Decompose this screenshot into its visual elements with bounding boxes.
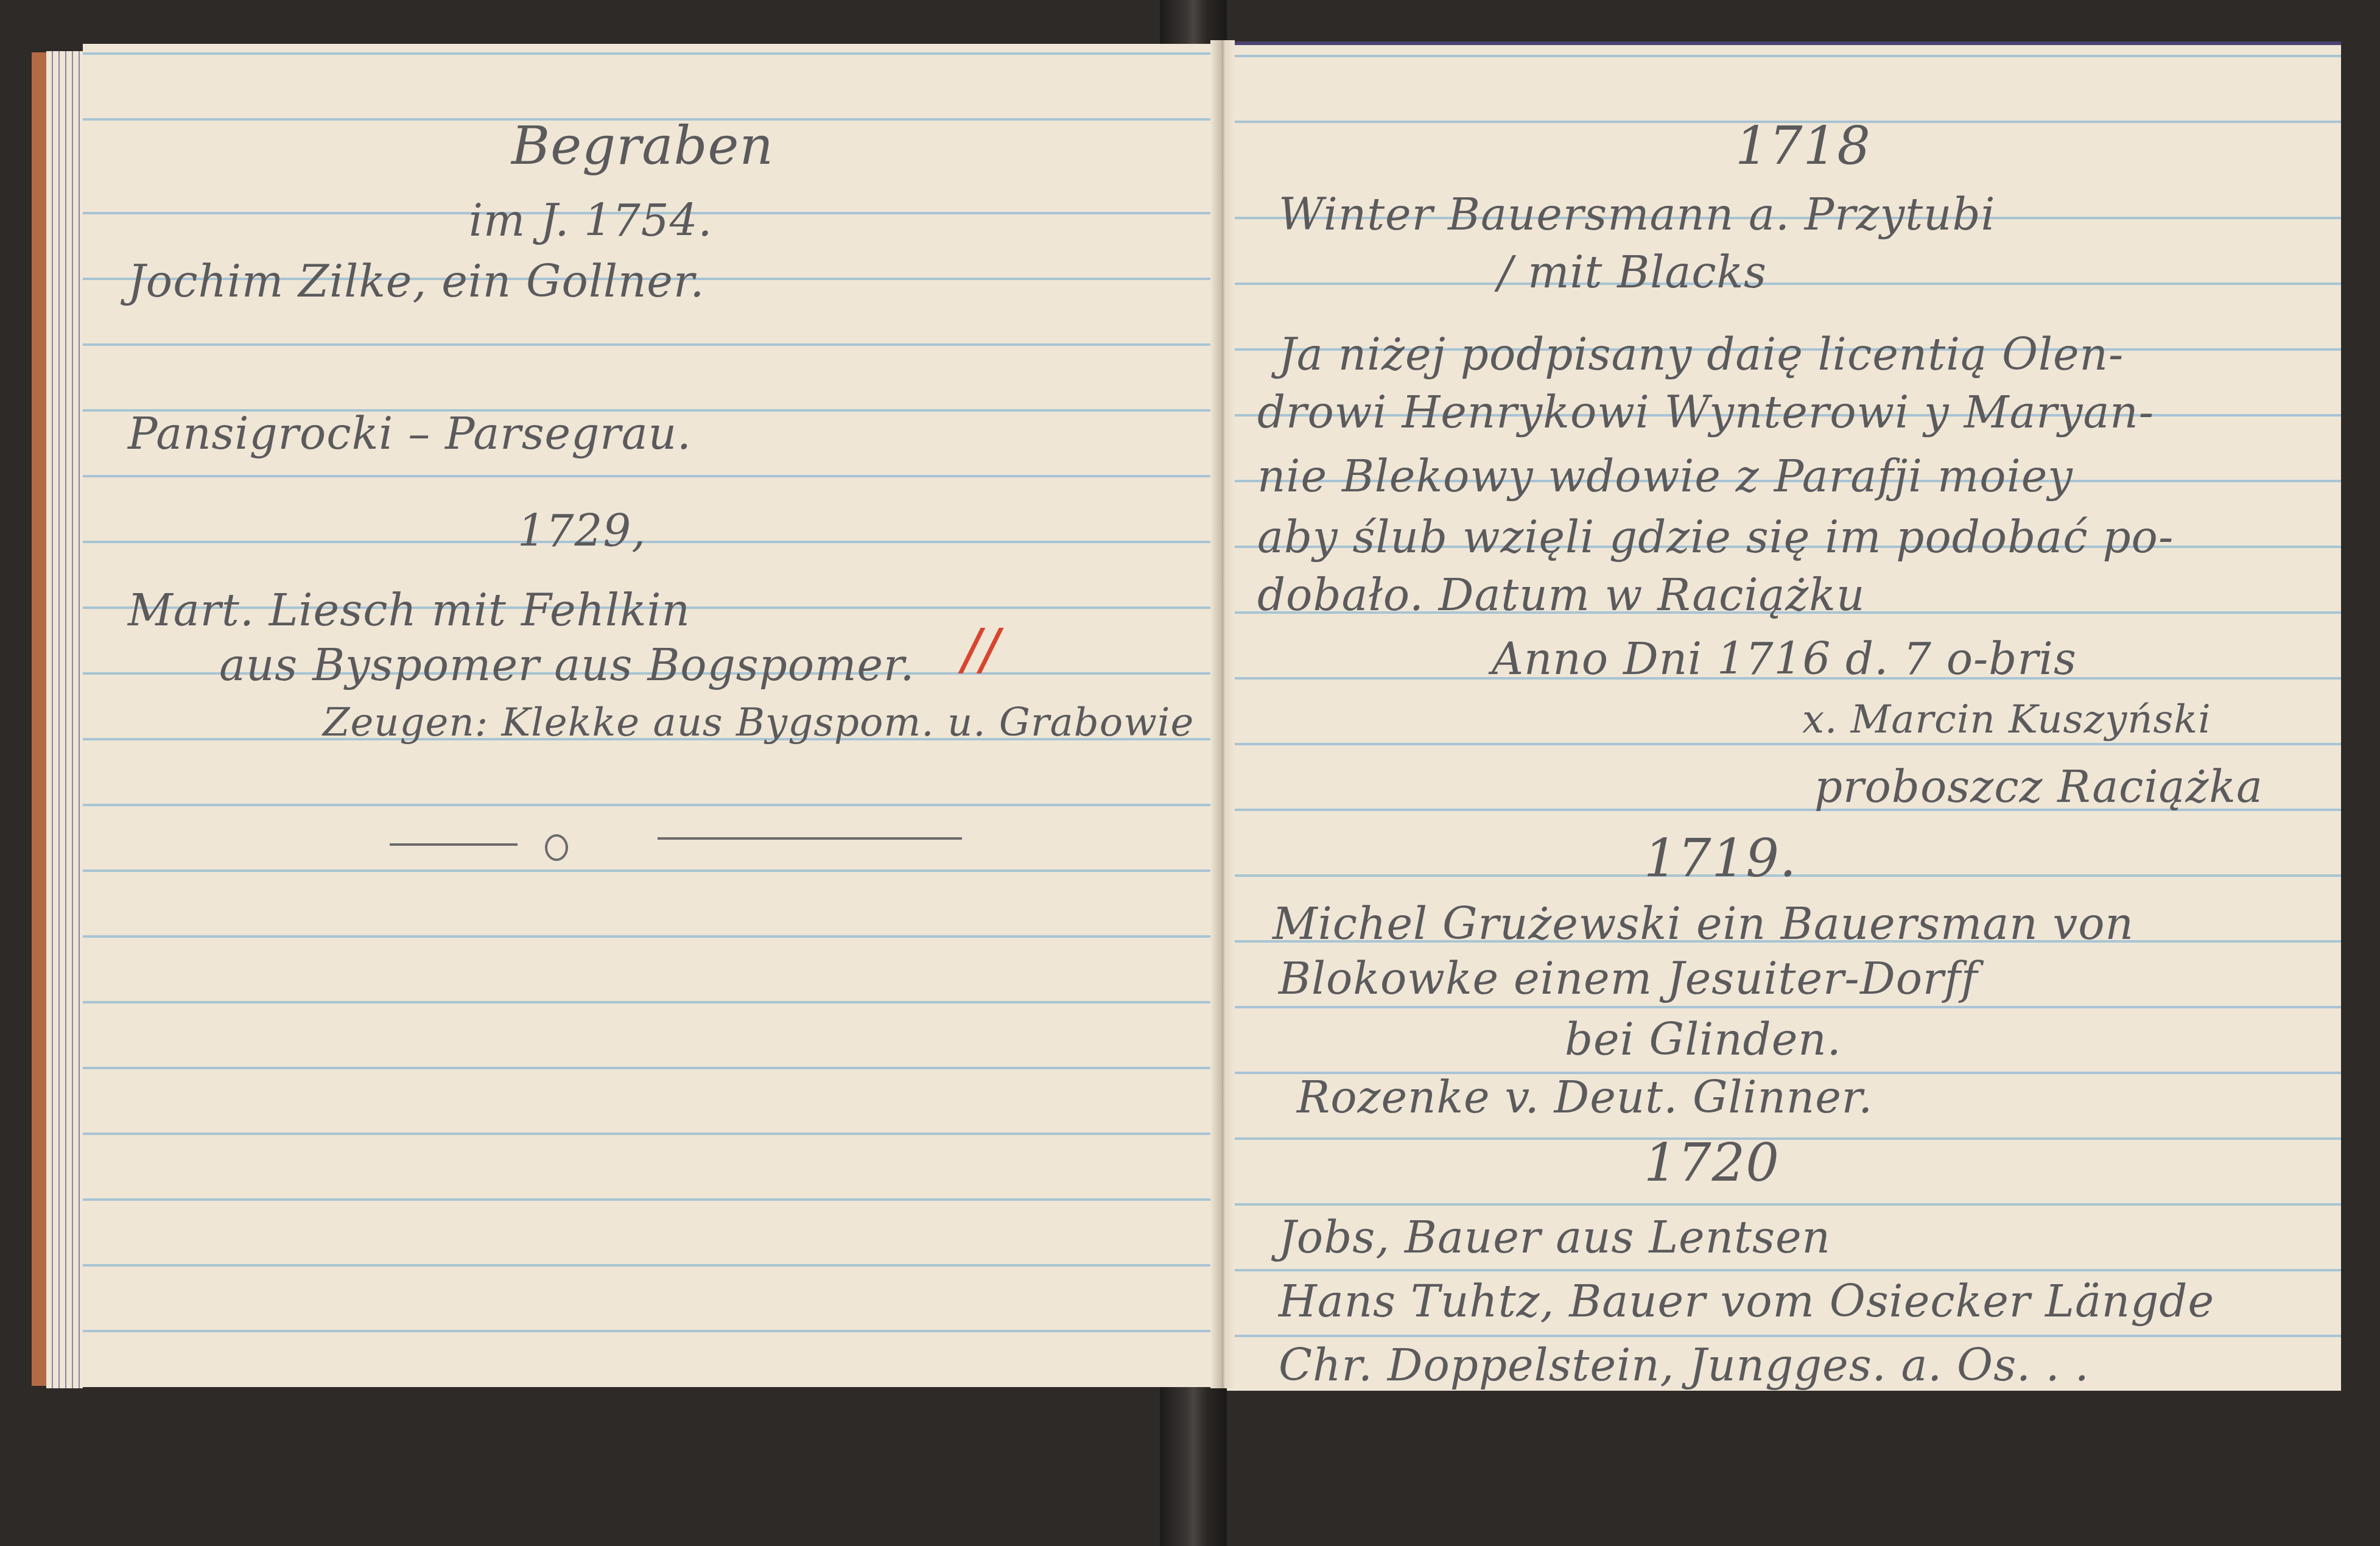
right-line: Ja niżej podpisany daię licentią Olen- bbox=[1279, 329, 2124, 380]
right-year-1719: 1719. bbox=[1644, 828, 1797, 889]
separator-dash-right bbox=[658, 837, 962, 840]
right-line: Blokowke einem Jesuiter-Dorff bbox=[1279, 953, 1978, 1004]
right-line: Hans Tuhtz, Bauer vom Osiecker Längde bbox=[1279, 1276, 2214, 1327]
left-line: Jochim Zilke, ein Gollner. bbox=[128, 256, 704, 307]
left-subtitle: im J. 1754. bbox=[469, 195, 712, 246]
left-title: Begraben bbox=[511, 116, 774, 177]
right-line: aby ślub wzięli gdzie się im podobać po- bbox=[1257, 511, 2174, 563]
right-line: Winter Bauersmann a. Przytubi bbox=[1279, 189, 1996, 240]
red-check-mark: // bbox=[962, 618, 999, 682]
right-year-1718: 1718 bbox=[1735, 116, 1871, 177]
separator-circle bbox=[545, 834, 568, 861]
signature: x. Marcin Kuszyński bbox=[1802, 697, 2211, 742]
separator-dash-left bbox=[390, 843, 518, 846]
right-line: Jobs, Bauer aus Lentsen bbox=[1279, 1212, 1831, 1263]
right-line: / mit Blacks bbox=[1498, 247, 1767, 298]
left-line: Pansigrocki – Parsegrau. bbox=[128, 408, 692, 459]
signature-title: proboszcz Raciążka bbox=[1814, 761, 2263, 812]
left-line: aus Byspomer aus Bogspomer. bbox=[219, 639, 914, 690]
right-line: Anno Dni 1716 d. 7 o-bris bbox=[1492, 633, 2077, 684]
cover-edge bbox=[32, 52, 46, 1386]
book-gutter bbox=[1210, 40, 1235, 1388]
right-line: Michel Grużewski ein Bauersman von bbox=[1272, 898, 2134, 949]
right-line: bei Glinden. bbox=[1565, 1014, 1842, 1065]
right-line: drowi Henrykowi Wynterowi y Maryan- bbox=[1257, 387, 2154, 438]
left-year: 1729, bbox=[518, 505, 646, 557]
right-line: dobało. Datum w Raciążku bbox=[1257, 569, 1865, 620]
right-line: Chr. Doppelstein, Jungges. a. Os. . . bbox=[1279, 1340, 2090, 1391]
page-edges bbox=[46, 51, 83, 1388]
right-line: Rozenke v. Deut. Glinner. bbox=[1297, 1072, 1873, 1123]
right-line: nie Blekowy wdowie z Parafji moiey bbox=[1257, 451, 2073, 502]
left-line: Mart. Liesch mit Fehlkin bbox=[128, 585, 690, 636]
left-line: Zeugen: Klekke aus Bygspom. u. Grabowie bbox=[323, 700, 1194, 745]
right-year-1720: 1720 bbox=[1644, 1133, 1780, 1193]
